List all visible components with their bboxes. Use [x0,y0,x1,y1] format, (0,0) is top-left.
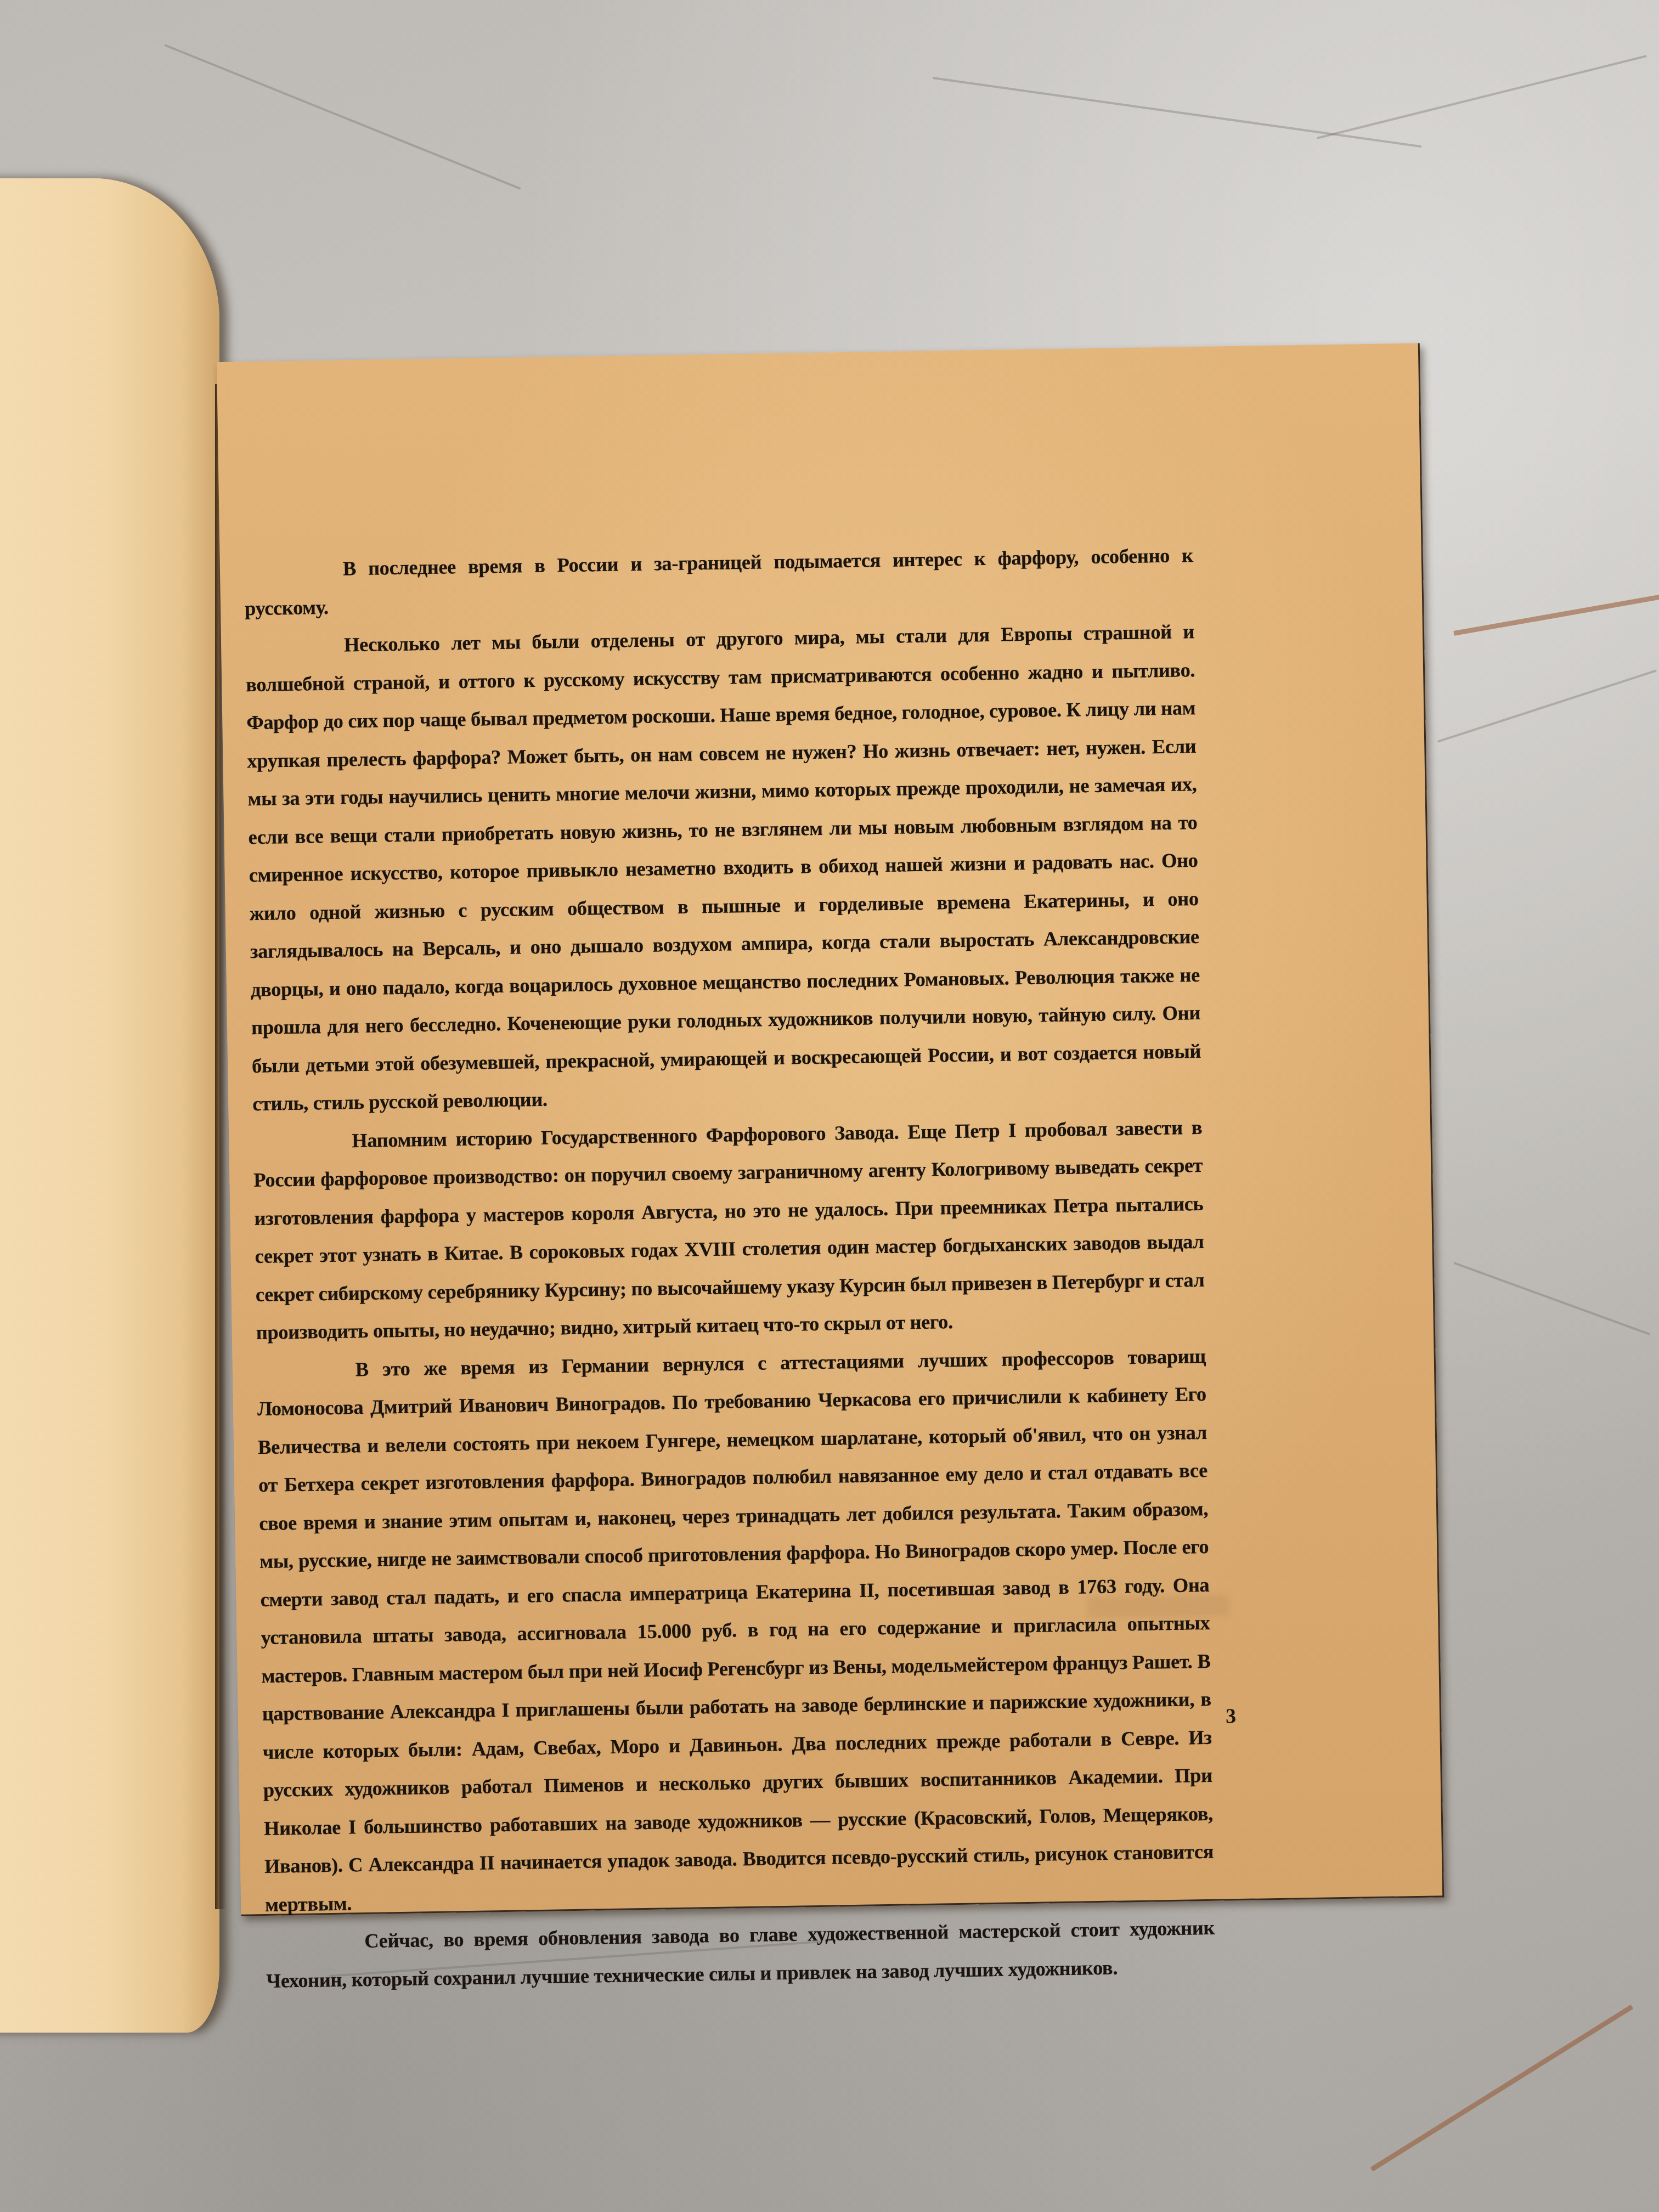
paragraph: В последнее время в России и за-границей… [244,536,1194,627]
surface-vein-rust [1453,593,1659,636]
paragraph: Несколько лет мы были отделены от другог… [245,612,1202,1123]
paragraph: Сейчас, во время обновления завода во гл… [266,1909,1216,2000]
body-text: В последнее время в России и за-границей… [244,536,1215,2000]
left-facing-page [0,178,219,2033]
surface-vein [1453,1262,1650,1335]
document-page: В последнее время в России и за-границей… [217,343,1444,1916]
show-through-stain [1087,1594,1230,1618]
surface-vein-rust [1370,2005,1634,2171]
surface-vein [1317,55,1647,139]
page-number: 3 [1226,1704,1237,1728]
surface-vein [933,77,1422,148]
surface-vein [164,44,521,190]
paragraph: Напомним историю Государственного Фарфор… [253,1108,1205,1351]
paragraph: В это же время из Германии вернулся с ат… [256,1336,1214,1923]
surface-vein [1437,669,1657,743]
